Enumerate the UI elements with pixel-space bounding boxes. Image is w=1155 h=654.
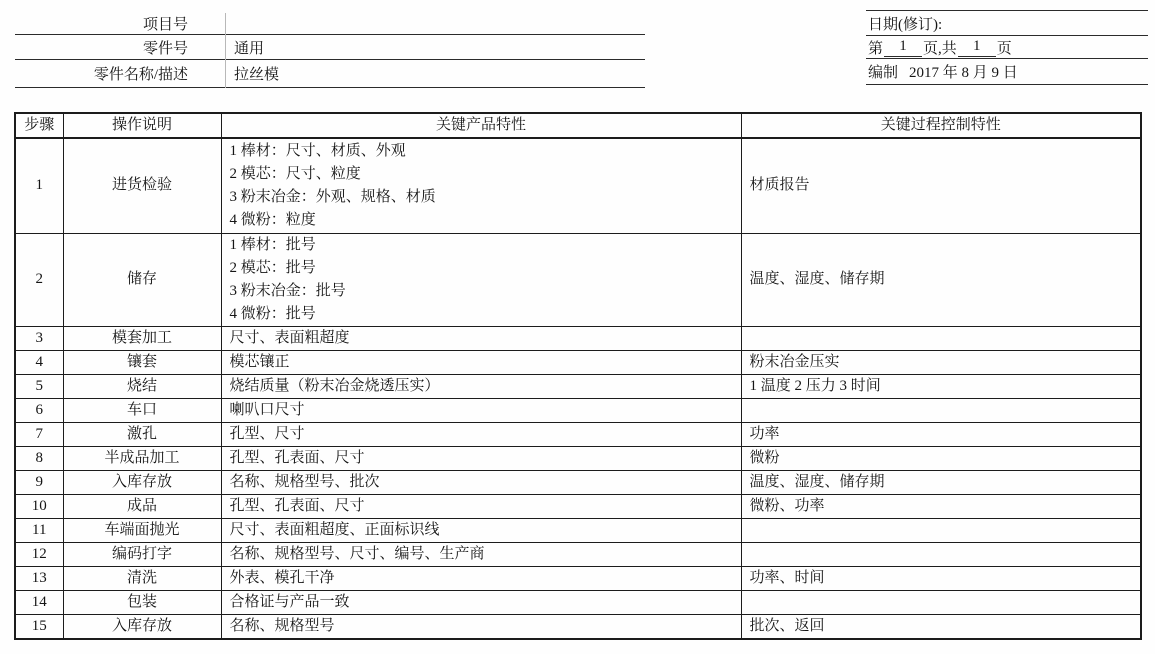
- step-cell: 8: [15, 446, 63, 470]
- page-middle: 页,共: [923, 37, 957, 58]
- header-step: 步骤: [15, 113, 63, 138]
- table-row: 5 烧结 烧结质量（粉末冶金烧透压实） 1 温度 2 压力 3 时间: [15, 374, 1141, 398]
- step-cell: 9: [15, 470, 63, 494]
- operation-cell: 半成品加工: [63, 446, 221, 470]
- table-row: 7 激孔 孔型、尺寸 功率: [15, 422, 1141, 446]
- process-cell: 粉末冶金压实: [741, 350, 1141, 374]
- project-row: 项目号: [15, 12, 645, 35]
- process-cell: 功率、时间: [741, 566, 1141, 590]
- step-cell: 3: [15, 326, 63, 350]
- part-info-table: 项目号 零件号 通用 零件名称/描述 拉丝模: [15, 12, 645, 88]
- operation-cell: 储存: [63, 233, 221, 326]
- prepared-date: 2017 年 8 月 9 日: [909, 61, 1018, 82]
- process-cell: 微粉: [741, 446, 1141, 470]
- step-cell: 1: [15, 138, 63, 233]
- header-operation: 操作说明: [63, 113, 221, 138]
- operation-cell: 烧结: [63, 374, 221, 398]
- product-cell: 孔型、孔表面、尺寸: [221, 446, 741, 470]
- table-row: 12 编码打字 名称、规格型号、尺寸、编号、生产商: [15, 542, 1141, 566]
- part-no-row: 零件号 通用: [15, 35, 645, 60]
- revision-table: 日期(修订): 第 1 页,共 1 页 编制 2017 年 8 月 9 日: [866, 10, 1148, 85]
- header-process-characteristics: 关键过程控制特性: [741, 113, 1141, 138]
- table-row: 9 入库存放 名称、规格型号、批次 温度、湿度、储存期: [15, 470, 1141, 494]
- product-cell: 烧结质量（粉末冶金烧透压实）: [221, 374, 741, 398]
- product-line: 2 模芯：尺寸、粒度: [230, 163, 741, 186]
- table-row: 15 入库存放 名称、规格型号 批次、返回: [15, 614, 1141, 639]
- part-name-value: 拉丝模: [225, 63, 645, 84]
- step-cell: 6: [15, 398, 63, 422]
- process-cell: 材质报告: [741, 138, 1141, 233]
- product-cell: 名称、规格型号: [221, 614, 741, 639]
- operation-cell: 成品: [63, 494, 221, 518]
- process-cell: 1 温度 2 压力 3 时间: [741, 374, 1141, 398]
- product-cell: 孔型、孔表面、尺寸: [221, 494, 741, 518]
- process-cell: 温度、湿度、储存期: [741, 233, 1141, 326]
- header-product-characteristics: 关键产品特性: [221, 113, 741, 138]
- step-cell: 12: [15, 542, 63, 566]
- product-line: 1 棒材：尺寸、材质、外观: [230, 140, 741, 163]
- process-table: 步骤 操作说明 关键产品特性 关键过程控制特性 1 进货检验 1 棒材：尺寸、材…: [14, 112, 1142, 640]
- process-cell: [741, 542, 1141, 566]
- prepared-row: 编制 2017 年 8 月 9 日: [866, 59, 1148, 85]
- step-cell: 13: [15, 566, 63, 590]
- operation-cell: 车端面抛光: [63, 518, 221, 542]
- product-cell: 名称、规格型号、批次: [221, 470, 741, 494]
- table-row: 8 半成品加工 孔型、孔表面、尺寸 微粉: [15, 446, 1141, 470]
- product-cell: 合格证与产品一致: [221, 590, 741, 614]
- page-current: 1: [884, 38, 922, 57]
- part-no-label: 零件号: [15, 37, 225, 58]
- page-prefix: 第: [868, 37, 883, 58]
- prepared-label: 编制: [868, 61, 898, 82]
- process-cell: [741, 326, 1141, 350]
- operation-cell: 模套加工: [63, 326, 221, 350]
- table-row: 11 车端面抛光 尺寸、表面粗超度、正面标识线: [15, 518, 1141, 542]
- part-name-row: 零件名称/描述 拉丝模: [15, 60, 645, 88]
- operation-cell: 车口: [63, 398, 221, 422]
- step-cell: 14: [15, 590, 63, 614]
- page-suffix: 页: [997, 37, 1012, 58]
- part-info-divider: [225, 13, 226, 88]
- step-cell: 15: [15, 614, 63, 639]
- operation-cell: 编码打字: [63, 542, 221, 566]
- product-cell: 名称、规格型号、尺寸、编号、生产商: [221, 542, 741, 566]
- revision-date-row: 日期(修订):: [866, 11, 1148, 36]
- process-cell: [741, 590, 1141, 614]
- operation-cell: 激孔: [63, 422, 221, 446]
- operation-cell: 进货检验: [63, 138, 221, 233]
- product-cell: 1 棒材：批号 2 模芯：批号 3 粉末冶金：批号 4 微粉：批号: [221, 233, 741, 326]
- step-cell: 11: [15, 518, 63, 542]
- product-line: 3 粉末冶金：批号: [230, 280, 741, 303]
- step-cell: 4: [15, 350, 63, 374]
- table-row: 13 清洗 外表、模孔干净 功率、时间: [15, 566, 1141, 590]
- operation-cell: 包装: [63, 590, 221, 614]
- product-cell: 1 棒材：尺寸、材质、外观 2 模芯：尺寸、粒度 3 粉末冶金：外观、规格、材质…: [221, 138, 741, 233]
- table-row: 14 包装 合格证与产品一致: [15, 590, 1141, 614]
- table-row: 10 成品 孔型、孔表面、尺寸 微粉、功率: [15, 494, 1141, 518]
- step-cell: 5: [15, 374, 63, 398]
- product-cell: 尺寸、表面粗超度、正面标识线: [221, 518, 741, 542]
- table-row: 1 进货检验 1 棒材：尺寸、材质、外观 2 模芯：尺寸、粒度 3 粉末冶金：外…: [15, 138, 1141, 233]
- product-cell: 模芯镶正: [221, 350, 741, 374]
- operation-cell: 入库存放: [63, 470, 221, 494]
- operation-cell: 镶套: [63, 350, 221, 374]
- header-row: 步骤 操作说明 关键产品特性 关键过程控制特性: [15, 113, 1141, 138]
- table-row: 4 镶套 模芯镶正 粉末冶金压实: [15, 350, 1141, 374]
- part-no-value: 通用: [225, 37, 645, 58]
- process-cell: 温度、湿度、储存期: [741, 470, 1141, 494]
- product-line: 2 模芯：批号: [230, 257, 741, 280]
- product-line: 4 微粉：批号: [230, 303, 741, 326]
- product-cell: 外表、模孔干净: [221, 566, 741, 590]
- product-cell: 孔型、尺寸: [221, 422, 741, 446]
- operation-cell: 入库存放: [63, 614, 221, 639]
- process-cell: [741, 518, 1141, 542]
- product-line: 3 粉末冶金：外观、规格、材质: [230, 186, 741, 209]
- process-cell: [741, 398, 1141, 422]
- product-line: 4 微粉：粒度: [230, 209, 741, 232]
- project-label: 项目号: [15, 13, 225, 34]
- process-cell: 功率: [741, 422, 1141, 446]
- step-cell: 7: [15, 422, 63, 446]
- table-row: 2 储存 1 棒材：批号 2 模芯：批号 3 粉末冶金：批号 4 微粉：批号 温…: [15, 233, 1141, 326]
- process-cell: 批次、返回: [741, 614, 1141, 639]
- revision-date-label: 日期(修订):: [868, 13, 942, 34]
- process-cell: 微粉、功率: [741, 494, 1141, 518]
- step-cell: 2: [15, 233, 63, 326]
- table-row: 3 模套加工 尺寸、表面粗超度: [15, 326, 1141, 350]
- part-name-label: 零件名称/描述: [15, 63, 225, 84]
- step-cell: 10: [15, 494, 63, 518]
- product-line: 1 棒材：批号: [230, 234, 741, 257]
- product-cell: 喇叭口尺寸: [221, 398, 741, 422]
- process-control-document: { "meta": { "project_label": "项目号", "pro…: [0, 0, 1155, 654]
- page-number-row: 第 1 页,共 1 页: [866, 36, 1148, 59]
- table-row: 6 车口 喇叭口尺寸: [15, 398, 1141, 422]
- page-total: 1: [958, 38, 996, 57]
- product-cell: 尺寸、表面粗超度: [221, 326, 741, 350]
- operation-cell: 清洗: [63, 566, 221, 590]
